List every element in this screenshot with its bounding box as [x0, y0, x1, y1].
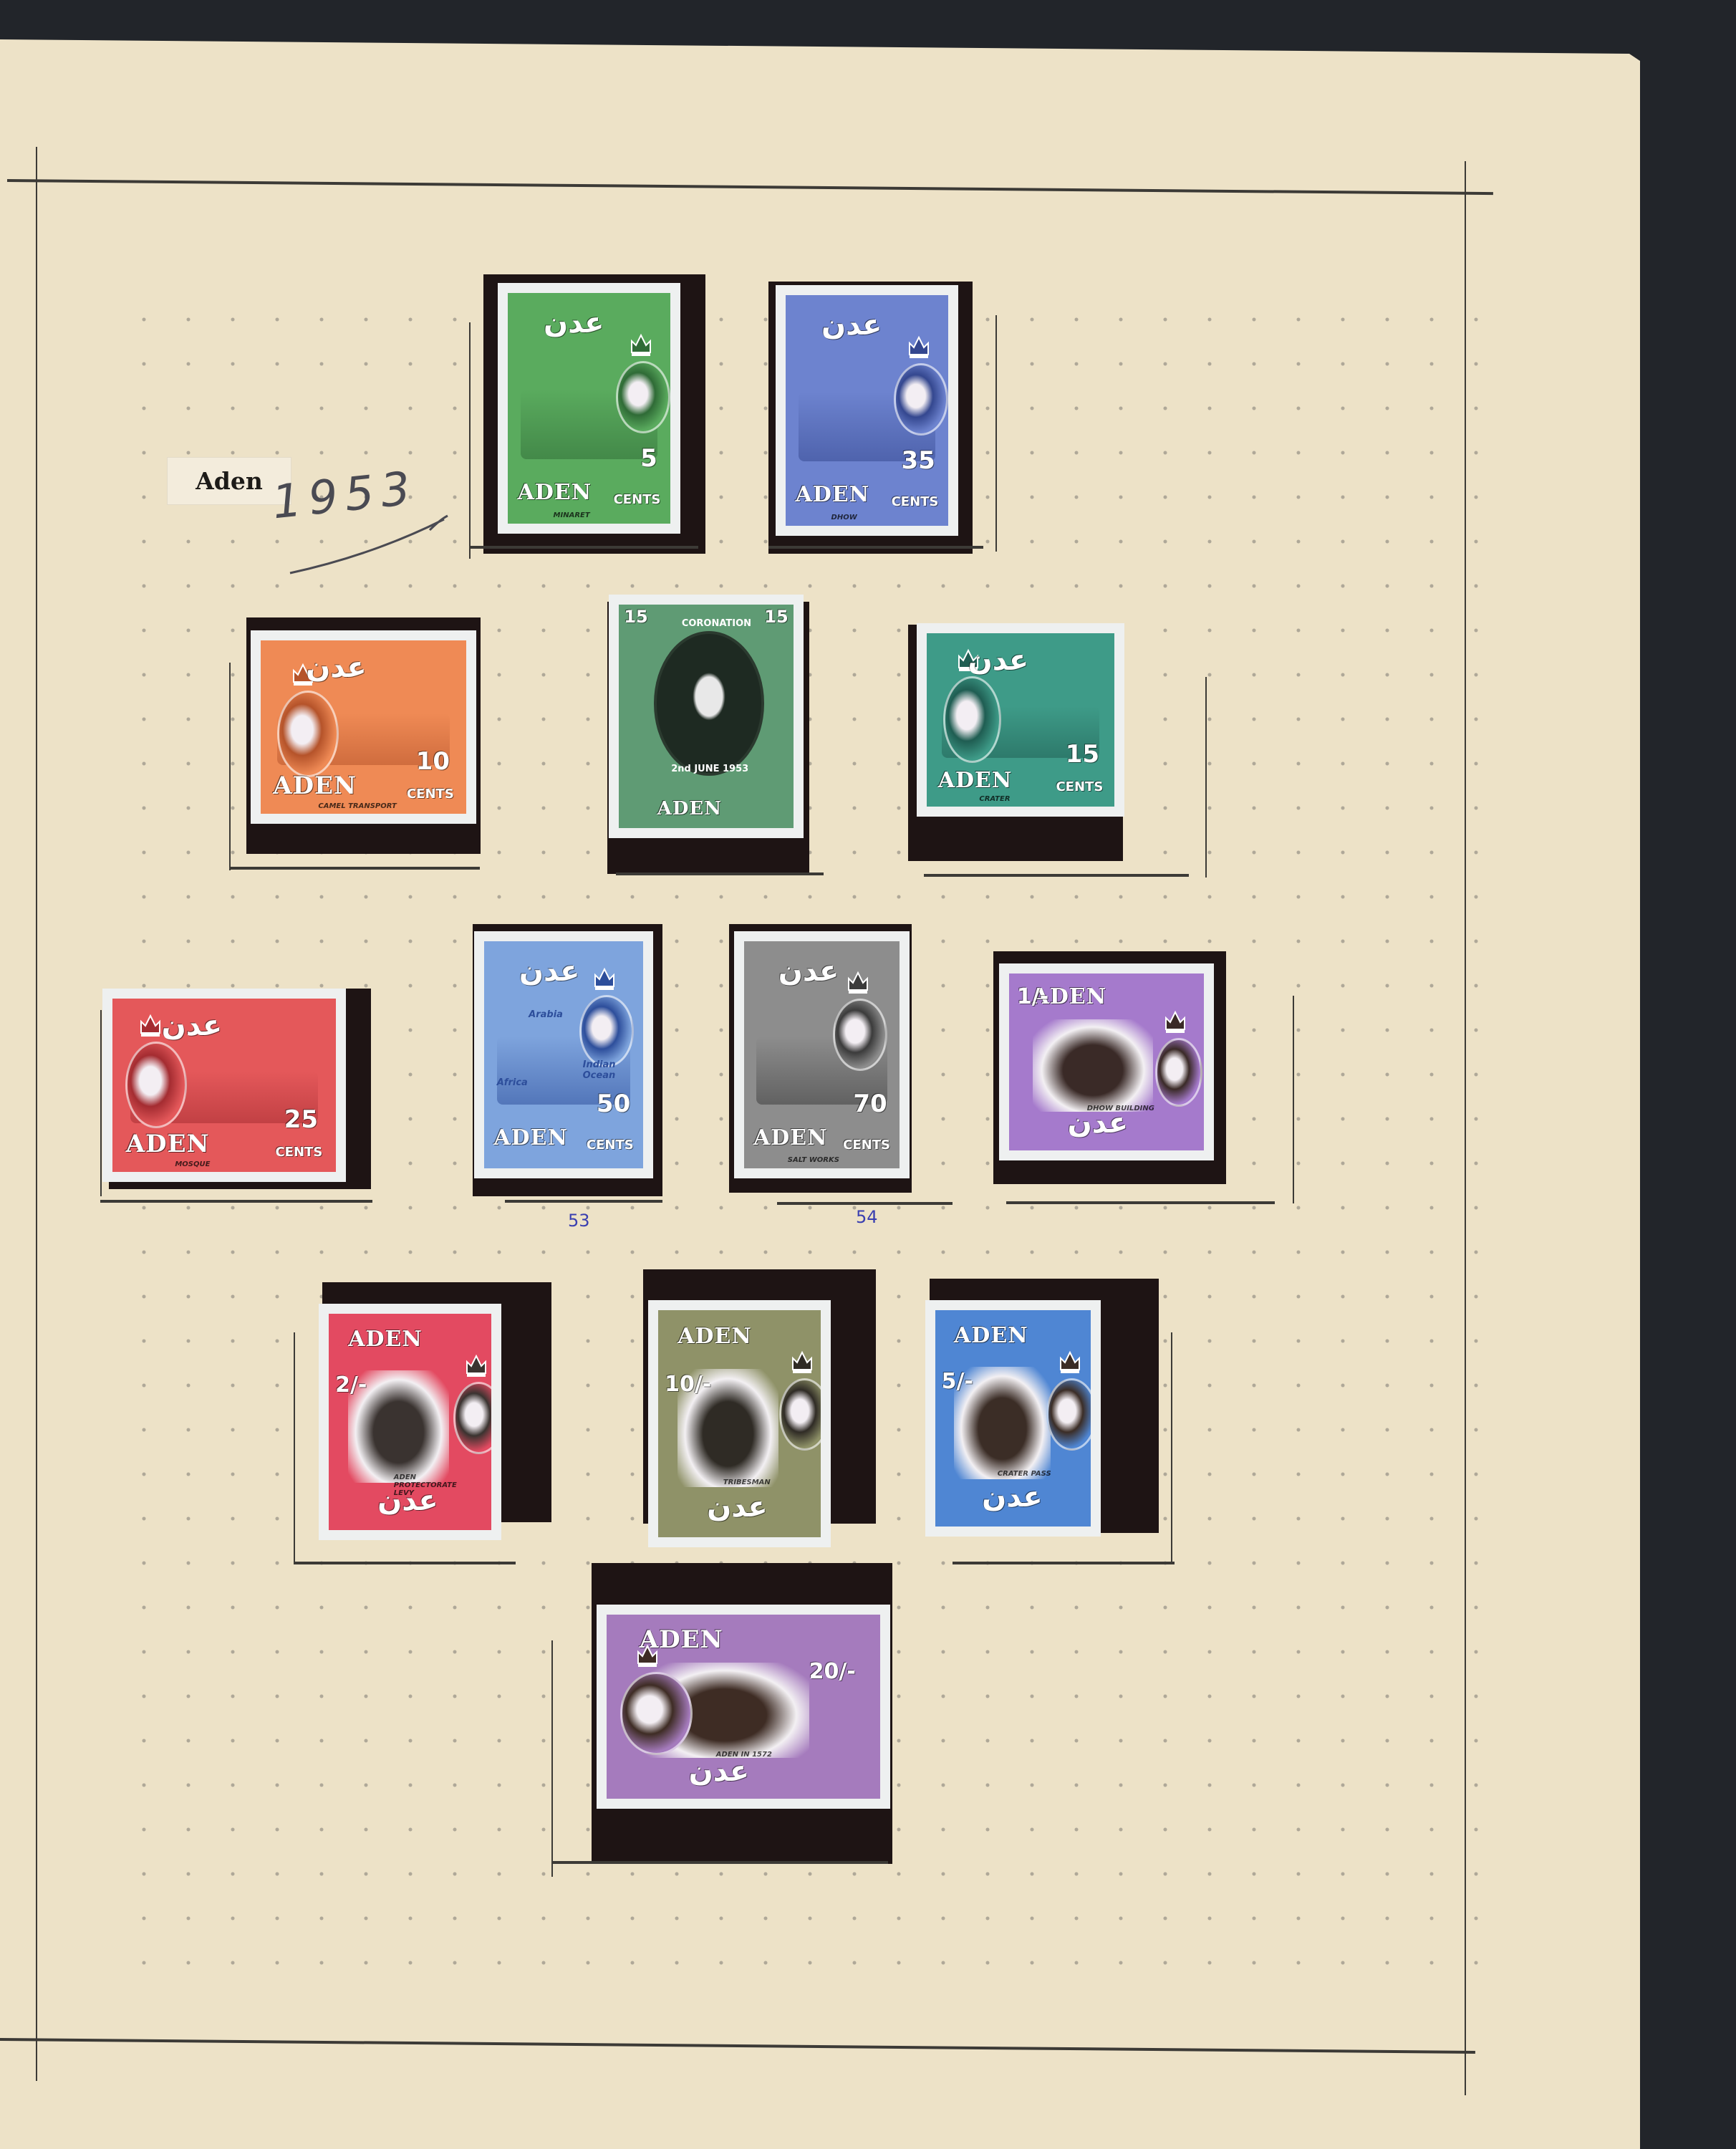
- stamp-country-text: ADEN: [640, 1625, 723, 1654]
- crown-icon: [1058, 1348, 1082, 1374]
- stamp-value-text: 2/-: [335, 1372, 367, 1398]
- queen-portrait-icon: [779, 1378, 821, 1451]
- mount-guide-line: [469, 322, 471, 559]
- map-label-text: Africa: [497, 1077, 528, 1088]
- queen-portrait-icon: [1046, 1378, 1091, 1451]
- stamp-value-text: 15: [624, 607, 647, 627]
- stamp-value-text: 5/-: [942, 1369, 973, 1394]
- queen-portrait-icon: [1155, 1038, 1202, 1107]
- stamp-value-text: 15: [764, 607, 788, 627]
- stamp-s50c[interactable]: ADEN50CENTSعدنArabiaIndian OceanAfrica: [474, 931, 653, 1178]
- stamp-value-text: 50: [597, 1090, 630, 1118]
- stamp-s10c[interactable]: ADEN10CENTSعدنCAMEL TRANSPORT: [251, 630, 476, 824]
- mount-underline: [616, 872, 824, 875]
- crown-icon: [1163, 1008, 1187, 1034]
- stamp-design: ADEN15CENTSعدنCRATER: [927, 633, 1114, 807]
- crown-icon: [138, 1011, 163, 1037]
- stamp-s10sh[interactable]: ADEN10/-عدنTRIBESMAN: [648, 1300, 831, 1547]
- mount-underline: [505, 1200, 662, 1203]
- crown-icon: [790, 1348, 814, 1374]
- stamp-s15c[interactable]: ADEN15CENTSعدنCRATER: [917, 623, 1124, 817]
- stamp-arabic-text: عدن: [689, 1755, 750, 1788]
- stamp-unit-text: CENTS: [407, 787, 454, 802]
- stamp-caption-text: MOSQUE: [175, 1160, 210, 1168]
- mount-underline: [229, 867, 480, 870]
- stamp-value-text: 35: [902, 446, 935, 475]
- stamp-arabic-text: عدن: [519, 955, 580, 988]
- stamp-design: ADEN2/-عدنADEN PROTECTORATE LEVY: [329, 1314, 491, 1530]
- stamp-s70c[interactable]: ADEN70CENTSعدنSALT WORKS: [734, 931, 910, 1178]
- stamp-s5sh[interactable]: ADEN5/-عدنCRATER PASS: [925, 1300, 1101, 1537]
- handwritten-flourish: [286, 505, 458, 577]
- stamp-value-text: 25: [284, 1105, 318, 1134]
- stamp-arabic-text: عدن: [982, 1481, 1043, 1514]
- queen-portrait-icon: [277, 691, 339, 777]
- queen-portrait-icon: [620, 1672, 693, 1755]
- mount-underline: [1006, 1201, 1275, 1204]
- stamp-unit-text: CENTS: [892, 494, 939, 509]
- stamp-value-text: 15: [1066, 740, 1099, 769]
- queen-portrait-icon: [579, 995, 634, 1067]
- mount-underline: [294, 1562, 516, 1564]
- stamp-country-text: ADEN: [273, 771, 357, 800]
- stamp-s15coronation[interactable]: ADEN1515CORONATION2nd JUNE 1953CENTS: [609, 595, 804, 838]
- stamp-unit-text: CENTS: [587, 1138, 634, 1153]
- mount-underline: [469, 546, 698, 549]
- stamp-unit-text: CENTS: [614, 492, 661, 507]
- stamp-arabic-text: عدن: [821, 309, 882, 342]
- crown-icon: [592, 965, 617, 991]
- stamp-s25c[interactable]: ADEN25CENTSعدنMOSQUE: [102, 989, 346, 1182]
- stamp-design: ADEN10/-عدنTRIBESMAN: [658, 1310, 821, 1537]
- stamp-unit-text: CENTS: [1056, 779, 1103, 794]
- queen-portrait-icon: [125, 1042, 187, 1128]
- stamp-vignette: [654, 631, 764, 775]
- stamp-value-text: 20/-: [809, 1659, 856, 1684]
- stamp-caption-text: CRATER PASS: [998, 1470, 1051, 1478]
- mount-underline: [768, 546, 983, 549]
- mount-guide-line: [294, 1332, 295, 1562]
- stamp-design: ADEN1515CORONATION2nd JUNE 1953CENTS: [619, 605, 794, 828]
- crown-icon: [846, 968, 870, 994]
- stamp-value-text: 1/-: [1017, 984, 1048, 1009]
- stamp-country-text: ADEN: [493, 1125, 568, 1150]
- map-label-text: Indian Ocean: [583, 1059, 643, 1081]
- stamp-date-text: 2nd JUNE 1953: [671, 764, 748, 774]
- stamp-country-text: ADEN: [677, 1324, 752, 1349]
- stamp-caption-text: DHOW: [831, 514, 857, 521]
- mount-underline: [777, 1202, 953, 1205]
- queen-portrait-icon: [833, 999, 887, 1071]
- stamp-design: ADEN70CENTSعدنSALT WORKS: [744, 941, 900, 1168]
- stamp-country-text: ADEN: [126, 1130, 210, 1158]
- stamp-caption-text: SALT WORKS: [788, 1156, 839, 1164]
- stamp-country-text: ADEN: [796, 482, 870, 507]
- margin-note-54: 54: [856, 1207, 878, 1227]
- stamp-unit-text: CENTS: [275, 1145, 322, 1160]
- mount-underline: [953, 1562, 1175, 1564]
- stamp-caption-text: CAMEL TRANSPORT: [318, 802, 396, 810]
- mount-guide-line: [995, 315, 997, 552]
- stamp-design: ADEN35CENTSعدنDHOW: [786, 295, 948, 526]
- stamp-design: ADEN5/-عدنCRATER PASS: [935, 1310, 1091, 1527]
- stamp-design: ADEN50CENTSعدنArabiaIndian OceanAfrica: [484, 941, 643, 1168]
- stamp-arabic-text: عدن: [968, 644, 1029, 677]
- mount-guide-line: [1171, 1332, 1172, 1562]
- mount-underline: [551, 1861, 888, 1864]
- stamp-arabic-text: عدن: [306, 651, 367, 684]
- stamp-s1sh[interactable]: ADEN1/-عدنDHOW BUILDING: [999, 963, 1214, 1160]
- mount-guide-line: [1293, 996, 1294, 1203]
- mount-guide-line: [229, 663, 231, 870]
- stamp-value-text: 70: [853, 1090, 887, 1118]
- stamp-value-text: 10: [416, 747, 450, 776]
- stamp-country-text: ADEN: [518, 480, 592, 505]
- stamp-design: ADEN1/-عدنDHOW BUILDING: [1009, 973, 1204, 1150]
- queen-portrait-icon: [616, 361, 670, 433]
- stamp-caption-text: DHOW BUILDING: [1087, 1105, 1154, 1112]
- stamp-s2sh[interactable]: ADEN2/-عدنADEN PROTECTORATE LEVY: [319, 1304, 501, 1540]
- frame-bottom-line: [0, 2038, 1475, 2054]
- queen-portrait-icon: [894, 363, 948, 436]
- stamp-caption-text: ADEN PROTECTORATE LEVY: [394, 1473, 459, 1497]
- stamp-caption-text: TRIBESMAN: [723, 1479, 771, 1486]
- stamp-design: ADEN25CENTSعدنMOSQUE: [112, 999, 336, 1172]
- frame-left-line: [36, 147, 37, 2081]
- frame-top-line: [7, 179, 1493, 195]
- stamp-design: ADEN5CENTSعدنMINARET: [508, 293, 670, 524]
- mount-guide-line: [551, 1640, 553, 1877]
- stamp-design: ADEN20/-عدنADEN IN 1572: [607, 1615, 880, 1799]
- mount-guide-line: [100, 1010, 102, 1196]
- stamp-value-text: 5: [640, 444, 657, 473]
- crown-icon: [907, 333, 931, 359]
- stamp-value-text: 10/-: [665, 1372, 711, 1397]
- crown-icon: [464, 1352, 488, 1378]
- stamp-country-text: ADEN: [657, 798, 722, 819]
- stamp-arabic-text: عدن: [778, 955, 839, 988]
- mount-underline: [100, 1200, 372, 1203]
- stamp-country-text: ADEN: [348, 1327, 423, 1352]
- stamp-caption-text: ADEN IN 1572: [716, 1751, 772, 1759]
- map-label-text: Arabia: [529, 1009, 563, 1020]
- mount-underline: [924, 874, 1189, 877]
- frame-right-line: [1465, 161, 1466, 2095]
- stamp-arabic-text: عدن: [707, 1491, 768, 1524]
- stamp-country-text: ADEN: [753, 1125, 828, 1150]
- country-label-text: Aden: [196, 467, 263, 495]
- stamp-title-text: CORONATION: [682, 618, 751, 629]
- stamp-s20sh[interactable]: ADEN20/-عدنADEN IN 1572: [597, 1605, 890, 1809]
- stamp-caption-text: CRATER: [979, 795, 1010, 803]
- queen-portrait-icon: [453, 1382, 491, 1454]
- stamp-design: ADEN10CENTSعدنCAMEL TRANSPORT: [261, 640, 466, 814]
- stamp-country-text: ADEN: [938, 768, 1013, 793]
- stamp-s5c[interactable]: ADEN5CENTSعدنMINARET: [498, 283, 680, 534]
- queen-portrait-icon: [943, 676, 1001, 763]
- stamp-unit-text: CENTS: [843, 1138, 890, 1153]
- stamp-s35c[interactable]: ADEN35CENTSعدنDHOW: [776, 285, 958, 536]
- stamp-arabic-text: عدن: [544, 307, 604, 340]
- mount-guide-line: [1205, 677, 1207, 878]
- margin-note-53: 53: [568, 1211, 590, 1231]
- stamp-vignette: [1033, 1019, 1154, 1111]
- crown-icon: [629, 331, 653, 357]
- stamp-arabic-text: عدن: [162, 1009, 223, 1042]
- stamp-caption-text: MINARET: [554, 511, 590, 519]
- stamp-country-text: ADEN: [954, 1323, 1028, 1348]
